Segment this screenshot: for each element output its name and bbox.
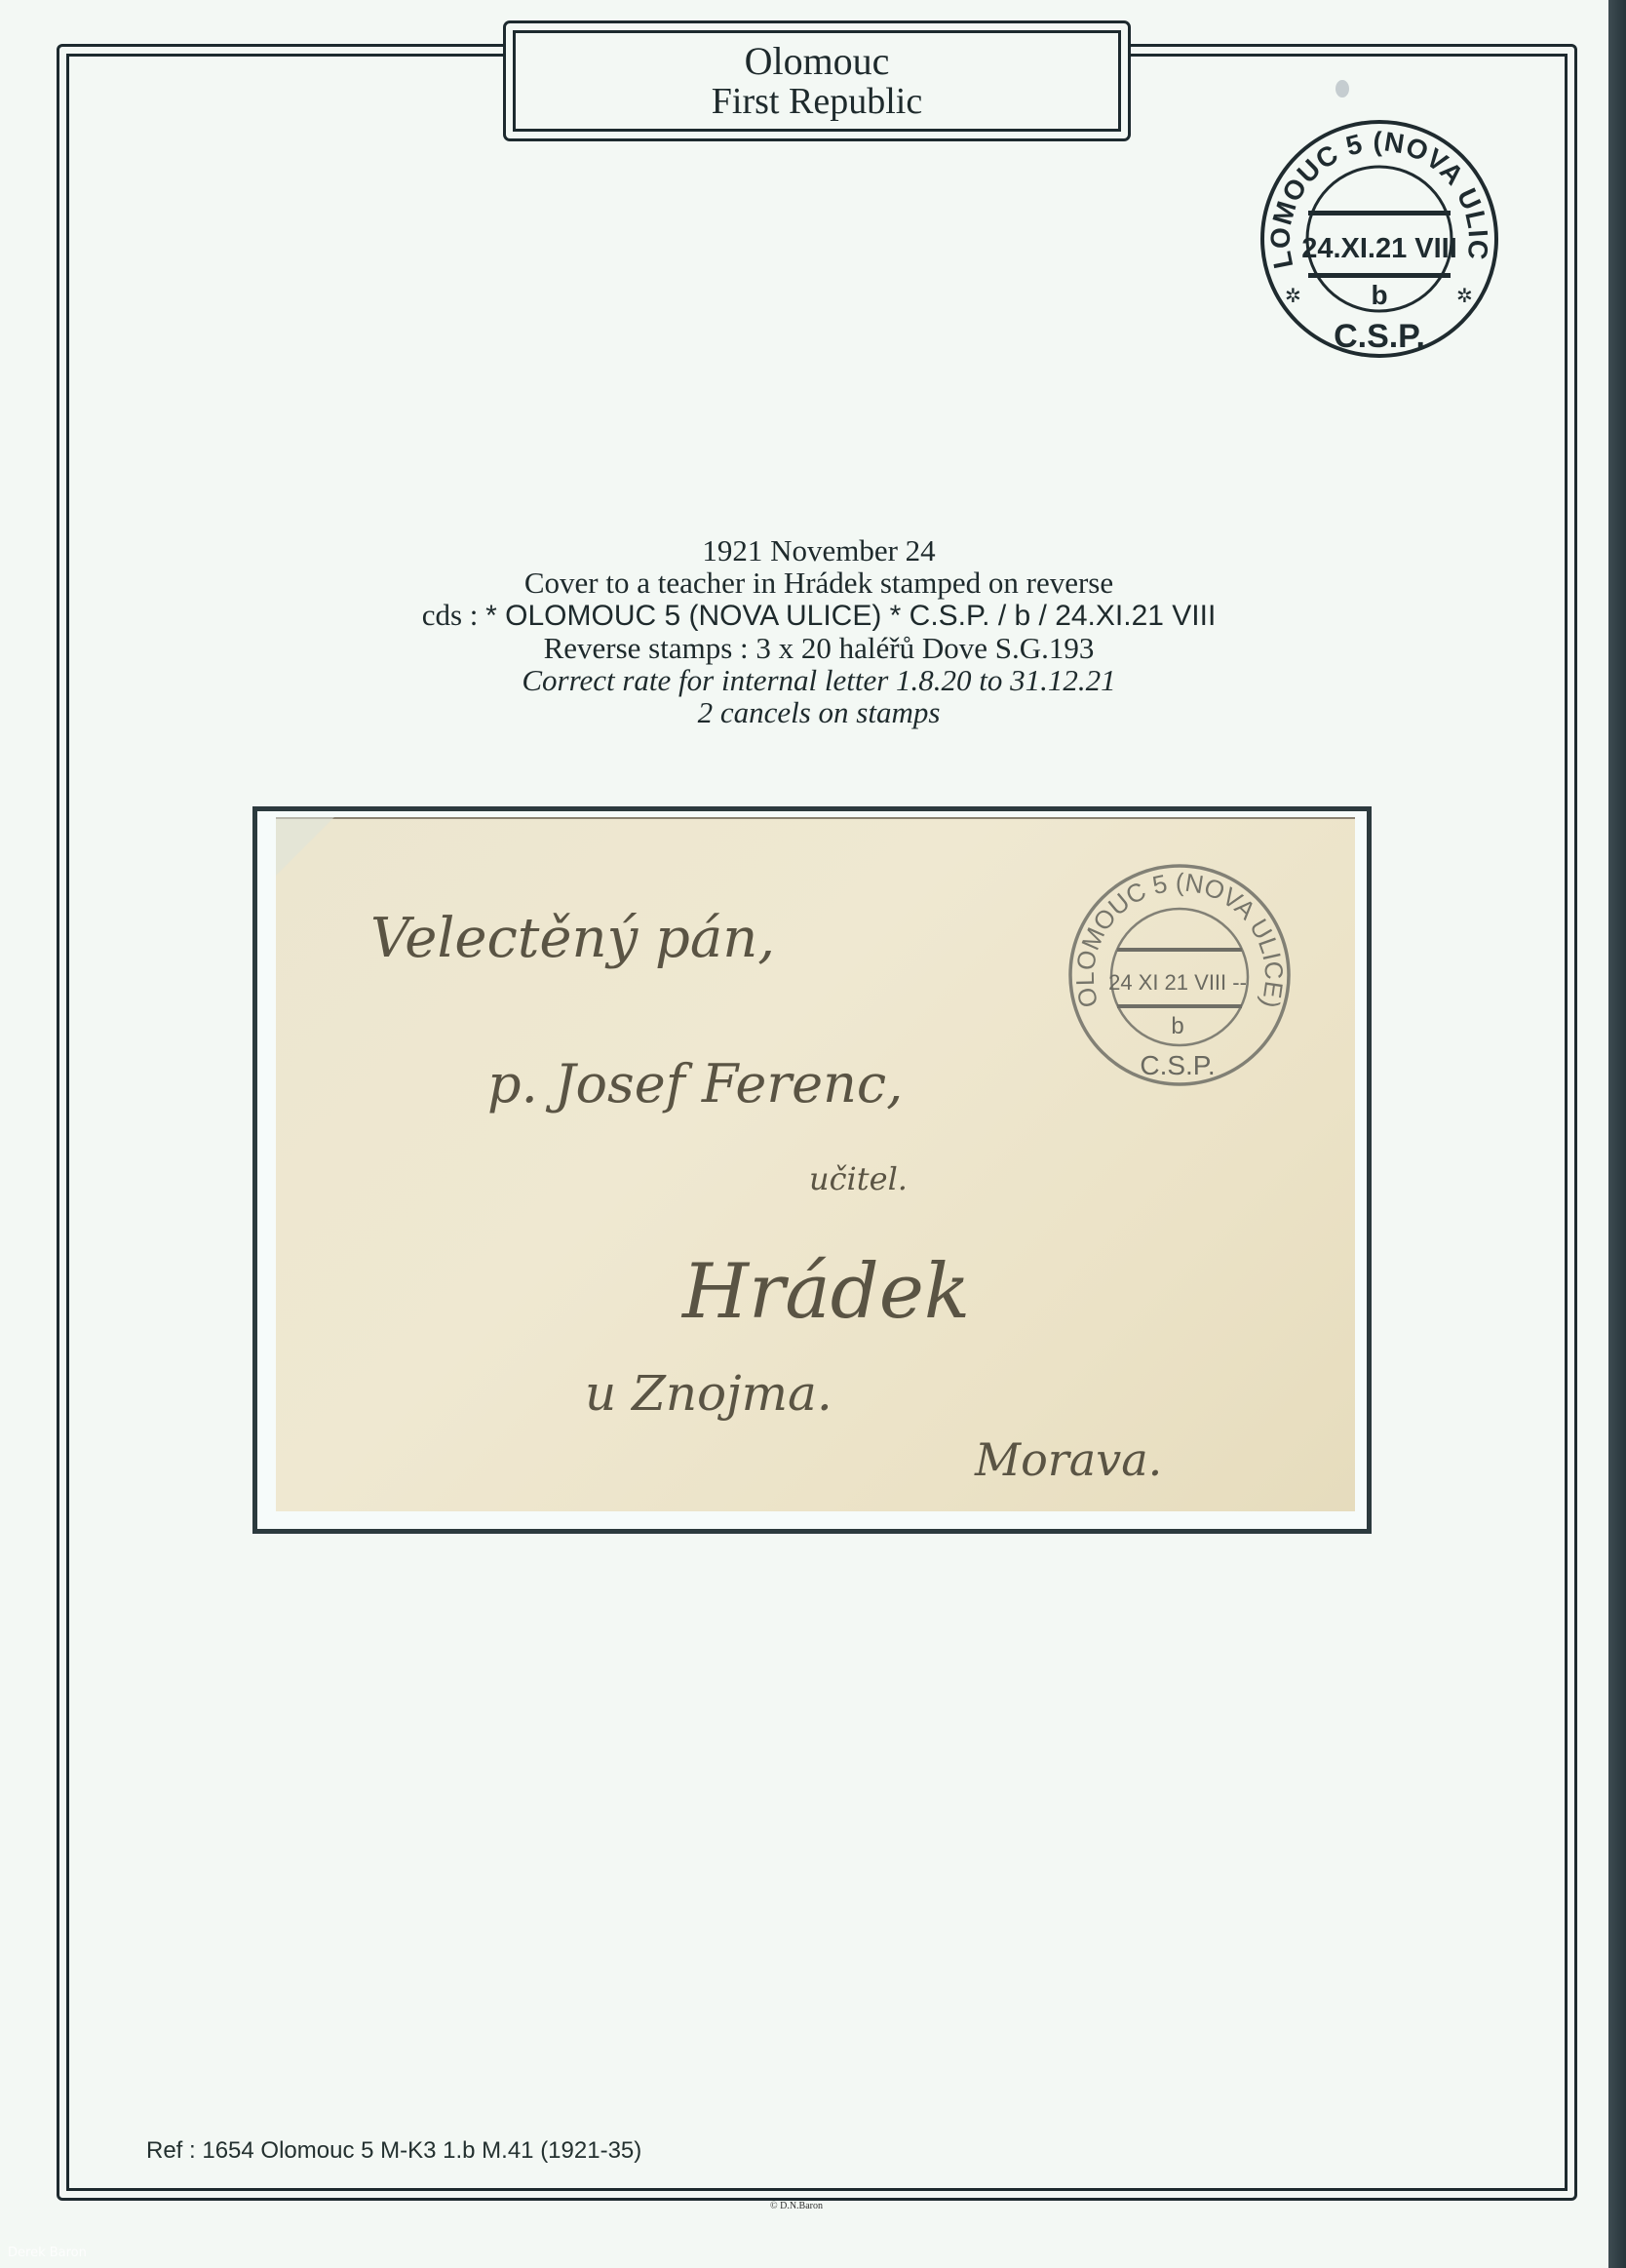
ink-smudge [1336, 80, 1349, 98]
star-icon: ✲ [1285, 286, 1301, 307]
envelope-postmark-letter: b [1171, 1013, 1183, 1039]
address-region: Morava. [975, 1433, 1162, 1486]
copyright-notice: © D.N.Baron [770, 2201, 823, 2211]
address-salutation: Velectěný pán, [370, 907, 775, 970]
envelope-postmark-bottom-text: C.S.P. [1140, 1050, 1215, 1080]
address-occupation: učitel. [809, 1160, 908, 1197]
envelope-corner [276, 817, 334, 876]
address-name: p. Josef Ferenc, [487, 1053, 903, 1114]
cancels-note: 2 cancels on stamps [195, 696, 1443, 728]
address-town: Hrádek [682, 1248, 970, 1336]
postmark-illustration: OLOMOUC 5 (NOVA ULICE) 24.XI.21 VIII b C… [1258, 117, 1501, 361]
cover-summary: Cover to a teacher in Hrádek stamped on … [195, 567, 1443, 599]
cds-label: cds : [422, 598, 485, 632]
rate-note: Correct rate for internal letter 1.8.20 … [195, 664, 1443, 696]
scan-edge [1608, 0, 1626, 2268]
page-subtitle: First Republic [712, 82, 922, 121]
watermark: Derek Baron [8, 2246, 87, 2260]
envelope-postmark: OLOMOUC 5 (NOVA ULICE) 24 XI 21 VIII -- … [1063, 858, 1297, 1092]
reverse-stamps: Reverse stamps : 3 x 20 haléřů Dove S.G.… [195, 632, 1443, 664]
address-district: u Znojma. [585, 1365, 832, 1422]
postmark-letter: b [1371, 280, 1387, 310]
cover-description: 1921 November 24 Cover to a teacher in H… [195, 534, 1443, 728]
star-icon: ✲ [1456, 286, 1473, 307]
title-box-inner: Olomouc First Republic [513, 30, 1121, 132]
postmark-bottom-text: C.S.P. [1334, 318, 1425, 355]
cds-line: cds : * OLOMOUC 5 (NOVA ULICE) * C.S.P. … [195, 599, 1443, 632]
postmark-date: 24.XI.21 VIII [1301, 233, 1457, 264]
cover-date: 1921 November 24 [195, 534, 1443, 567]
envelope-postmark-date: 24 XI 21 VIII -- [1108, 970, 1247, 995]
cds-text: * OLOMOUC 5 (NOVA ULICE) * C.S.P. / b / … [485, 600, 1216, 632]
reference-line: Ref : 1654 Olomouc 5 M-K3 1.b M.41 (1921… [146, 2137, 641, 2165]
page-title: Olomouc [745, 41, 890, 82]
